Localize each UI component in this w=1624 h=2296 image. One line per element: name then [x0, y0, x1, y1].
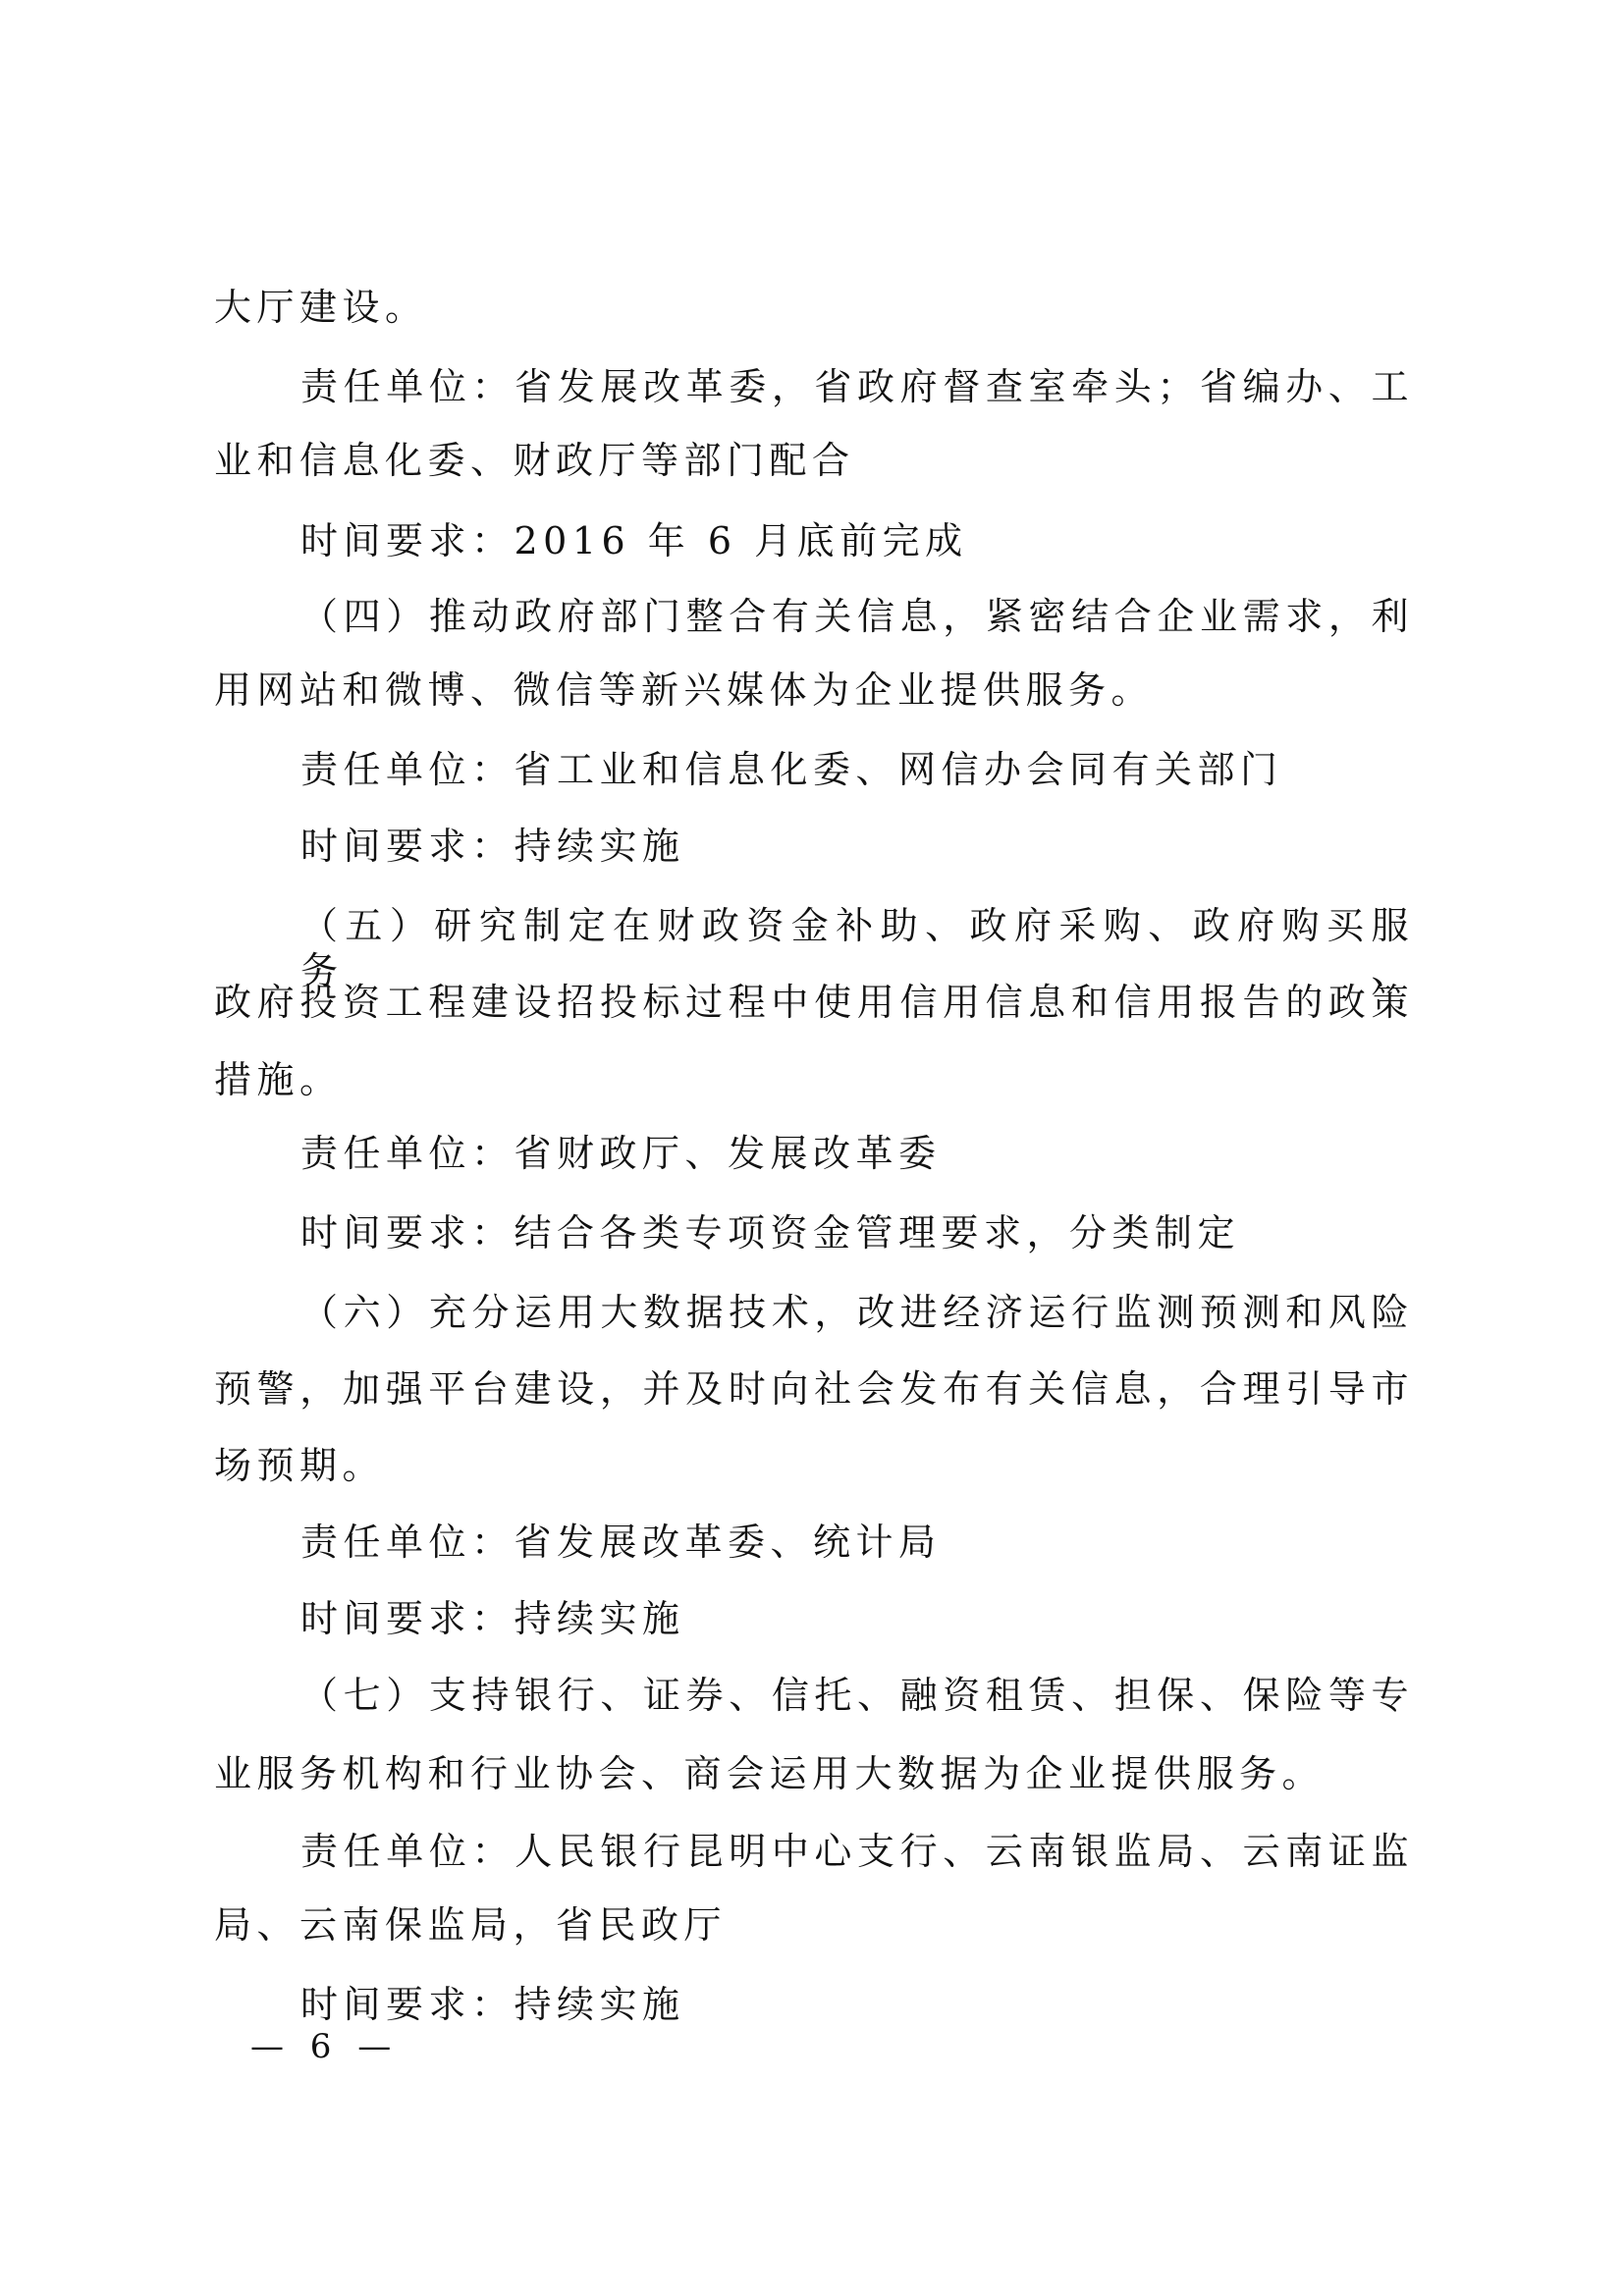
text-line: 时间要求：2016 年 6 月底前完成 [214, 518, 1414, 563]
page-number: — 6 — [250, 2024, 399, 2069]
text-line: 业服务机构和行业协会、商会运用大数据为企业提供服务。 [214, 1751, 1414, 1796]
text-line: （四）推动政府部门整合有关信息，紧密结合企业需求，利 [214, 594, 1414, 639]
text-line: 政府投资工程建设招投标过程中使用信用信息和信用报告的政策 [214, 980, 1414, 1025]
text-line: 时间要求：持续实施 [214, 824, 1414, 869]
text-line: 局、云南保监局，省民政厅 [214, 1902, 1414, 1948]
text-line: 措施。 [214, 1057, 1414, 1102]
text-line: 责任单位：省工业和信息化委、网信办会同有关部门 [214, 747, 1414, 792]
text-line: （六）充分运用大数据技术，改进经济运行监测预测和风险 [214, 1290, 1414, 1335]
text-line: 场预期。 [214, 1443, 1414, 1488]
text-line: 时间要求：持续实施 [214, 1982, 1414, 2027]
text-line: 责任单位：省财政厅、发展改革委 [214, 1131, 1414, 1176]
text-line: 责任单位：人民银行昆明中心支行、云南银监局、云南证监 [214, 1829, 1414, 1874]
document-page: 大厅建设。责任单位：省发展改革委，省政府督查室牵头；省编办、工业和信息化委、财政… [0, 0, 1624, 2296]
text-line: 责任单位：省发展改革委、统计局 [214, 1520, 1414, 1565]
text-line: 责任单位：省发展改革委，省政府督查室牵头；省编办、工 [214, 364, 1414, 409]
text-line: 业和信息化委、财政厅等部门配合 [214, 438, 1414, 483]
text-line: 时间要求：结合各类专项资金管理要求，分类制定 [214, 1210, 1414, 1255]
text-line: 时间要求：持续实施 [214, 1596, 1414, 1641]
text-line: 用网站和微博、微信等新兴媒体为企业提供服务。 [214, 667, 1414, 713]
text-line: 预警，加强平台建设，并及时向社会发布有关信息，合理引导市 [214, 1366, 1414, 1412]
text-line: 大厅建设。 [214, 285, 1414, 330]
text-line: （七）支持银行、证券、信托、融资租赁、担保、保险等专 [214, 1673, 1414, 1718]
